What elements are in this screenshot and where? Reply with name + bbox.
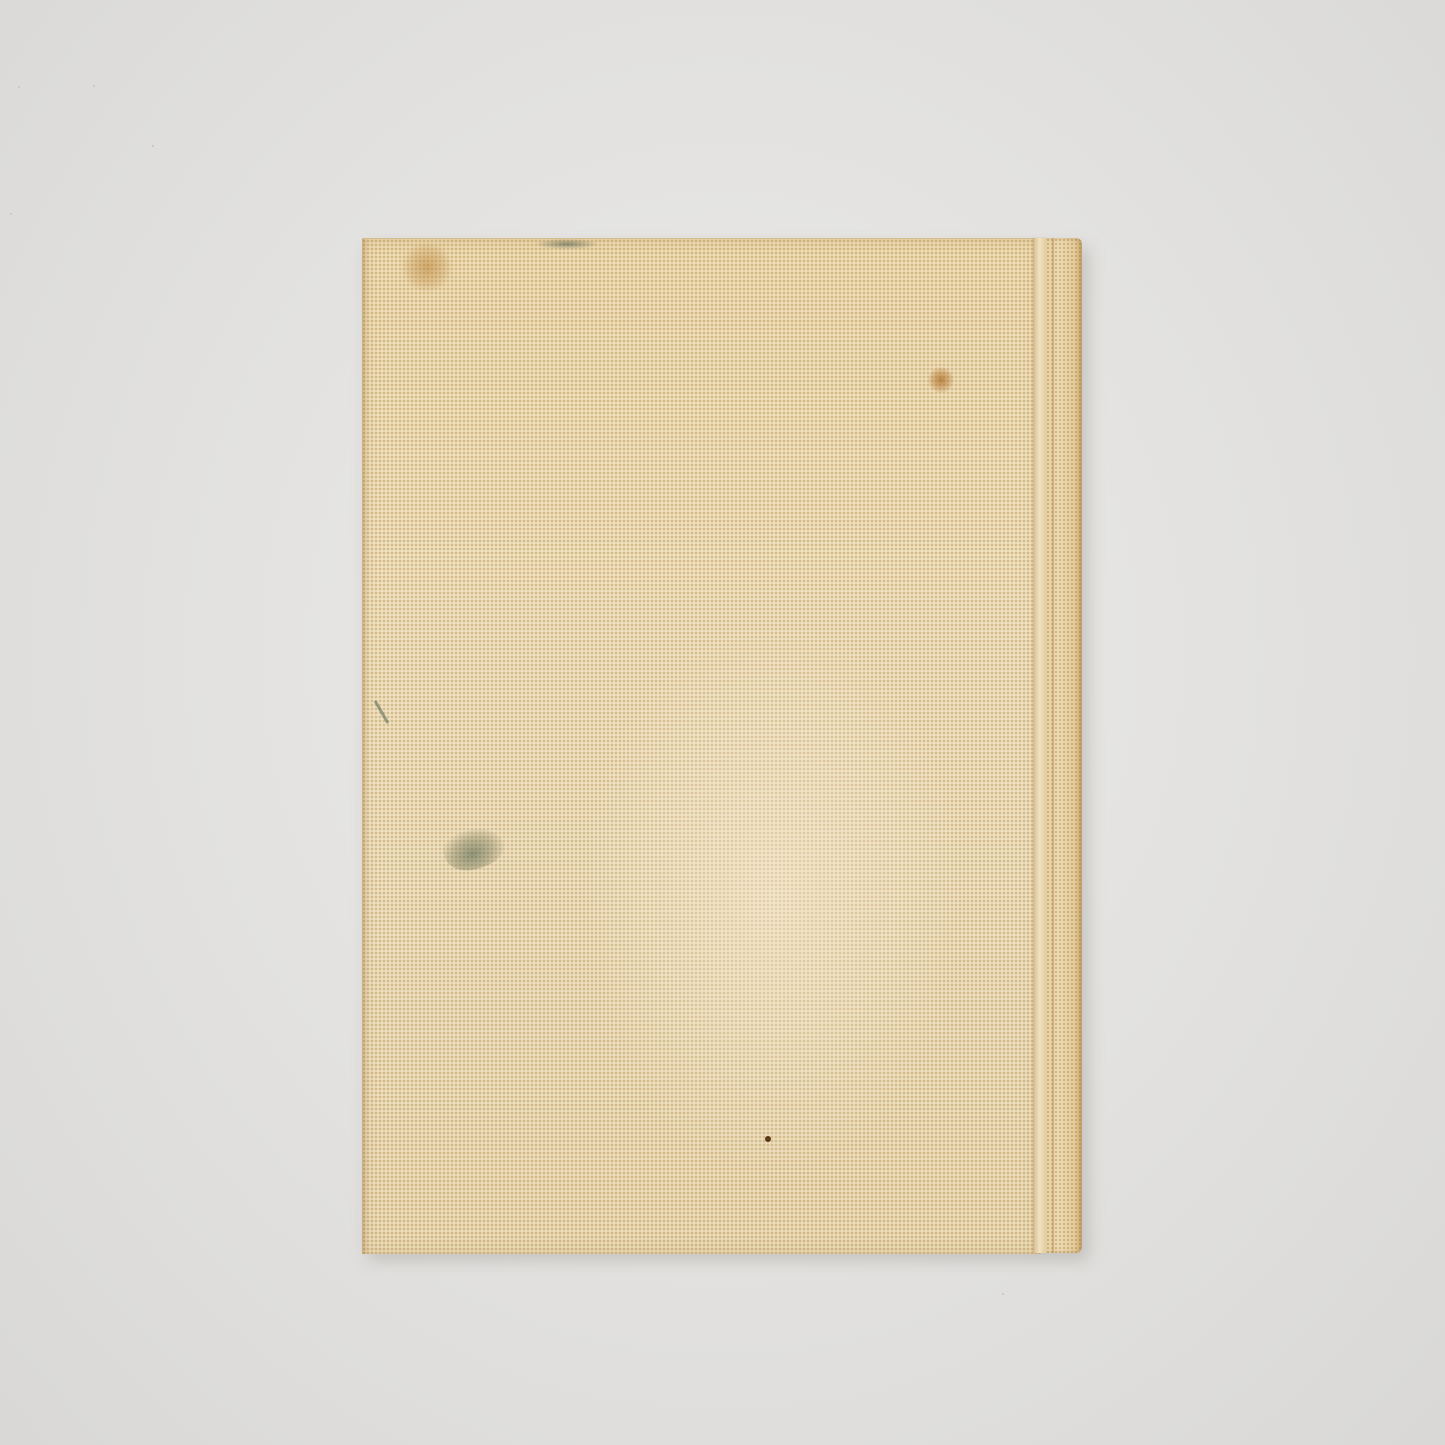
backdrop-speck <box>10 213 12 215</box>
backdrop-speck <box>152 145 154 147</box>
edge-wear <box>362 239 368 1254</box>
book-hinge <box>1034 238 1046 1253</box>
dark-spot <box>765 1136 771 1142</box>
faded-area <box>582 619 962 1179</box>
book-back-cover <box>362 238 1040 1254</box>
photo-scene <box>0 0 1445 1445</box>
green-streak <box>374 700 390 724</box>
green-discoloration-top <box>537 239 597 249</box>
spine-groove <box>1052 238 1054 1253</box>
foxing-stain-upper-left <box>402 241 452 293</box>
backdrop-speck <box>1002 1293 1004 1295</box>
foxing-stain-upper-right <box>928 367 954 393</box>
book <box>362 238 1082 1253</box>
green-discoloration <box>439 820 509 878</box>
backdrop-speck <box>93 85 95 87</box>
backdrop-speck <box>18 86 20 88</box>
